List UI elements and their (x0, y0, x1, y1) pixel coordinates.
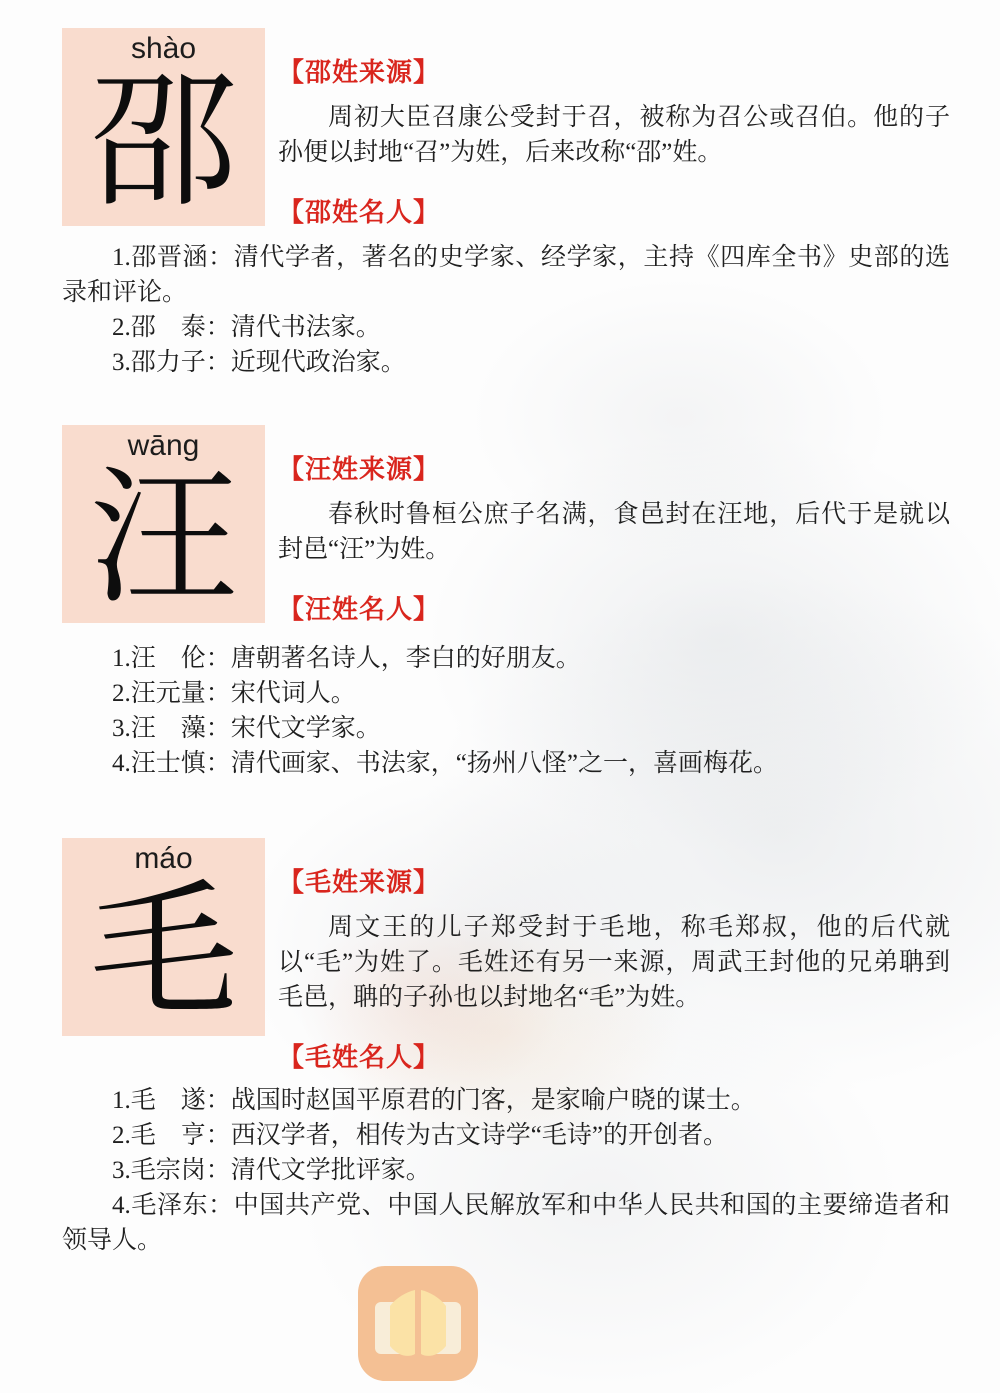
people-list-item: 1.邵晋涵：清代学者，著名的史学家、经学家，主持《四库全书》史部的选录和评论。 (62, 240, 950, 310)
origin-heading: 【汪姓来源】 (278, 453, 950, 485)
people-list-item: 2.邵 泰：清代书法家。 (62, 310, 950, 345)
people-list-item: 1.汪 伦：唐朝著名诗人，李白的好朋友。 (62, 641, 950, 676)
people-list: 1.邵晋涵：清代学者，著名的史学家、经学家，主持《四库全书》史部的选录和评论。 … (0, 240, 1000, 380)
people-list-item: 2.汪元量：宋代词人。 (62, 676, 950, 711)
hanzi-tile-shao: shào 邵 (62, 28, 265, 226)
people-list-item: 3.汪 藻：宋代文学家。 (62, 711, 950, 746)
hanzi-character: 汪 (62, 463, 265, 613)
hanzi-tile-wang: wāng 汪 (62, 425, 265, 623)
origin-paragraph: 春秋时鲁桓公庶子名满，食邑封在汪地，后代于是就以封邑“汪”为姓。 (278, 497, 950, 567)
open-book-icon (358, 1266, 478, 1381)
people-list-item: 1.毛 遂：战国时赵国平原君的门客，是家喻户晓的谋士。 (62, 1083, 950, 1118)
origin-heading: 【毛姓来源】 (278, 866, 950, 898)
origin-paragraph: 周初大臣召康公受封于召，被称为召公或召伯。他的子孙便以封地“召”为姓，后来改称“… (278, 100, 950, 170)
people-list-item: 4.汪士慎：清代画家、书法家，“扬州八怪”之一，喜画梅花。 (62, 746, 950, 781)
people-heading: 【邵姓名人】 (278, 196, 950, 228)
people-heading: 【毛姓名人】 (278, 1041, 950, 1073)
footer-icon-badge (358, 1266, 478, 1381)
people-list-item: 3.邵力子：近现代政治家。 (62, 345, 950, 380)
section-mao: máo 毛 【毛姓来源】 周文王的儿子郑受封于毛地，称毛郑叔，他的后代就以“毛”… (0, 838, 1000, 1258)
people-heading: 【汪姓名人】 (278, 593, 950, 625)
hanzi-character: 毛 (62, 876, 265, 1026)
people-list-item: 3.毛宗岗：清代文学批评家。 (62, 1153, 950, 1188)
section-shao: shào 邵 【邵姓来源】 周初大臣召康公受封于召，被称为召公或召伯。他的子孙便… (0, 28, 1000, 380)
people-list: 1.汪 伦：唐朝著名诗人，李白的好朋友。 2.汪元量：宋代词人。 3.汪 藻：宋… (0, 641, 1000, 781)
section-wang: wāng 汪 【汪姓来源】 春秋时鲁桓公庶子名满，食邑封在汪地，后代于是就以封邑… (0, 425, 1000, 781)
hanzi-character: 邵 (62, 66, 265, 216)
people-list: 1.毛 遂：战国时赵国平原君的门客，是家喻户晓的谋士。 2.毛 亨：西汉学者，相… (0, 1083, 1000, 1258)
people-list-item: 4.毛泽东：中国共产党、中国人民解放军和中华人民共和国的主要缔造者和领导人。 (62, 1188, 950, 1258)
origin-heading: 【邵姓来源】 (278, 56, 950, 88)
people-list-item: 2.毛 亨：西汉学者，相传为古文诗学“毛诗”的开创者。 (62, 1118, 950, 1153)
surname-book-page: shào 邵 【邵姓来源】 周初大臣召康公受封于召，被称为召公或召伯。他的子孙便… (0, 0, 1000, 1258)
origin-paragraph: 周文王的儿子郑受封于毛地，称毛郑叔，他的后代就以“毛”为姓了。毛姓还有另一来源，… (278, 910, 950, 1015)
hanzi-tile-mao: máo 毛 (62, 838, 265, 1036)
